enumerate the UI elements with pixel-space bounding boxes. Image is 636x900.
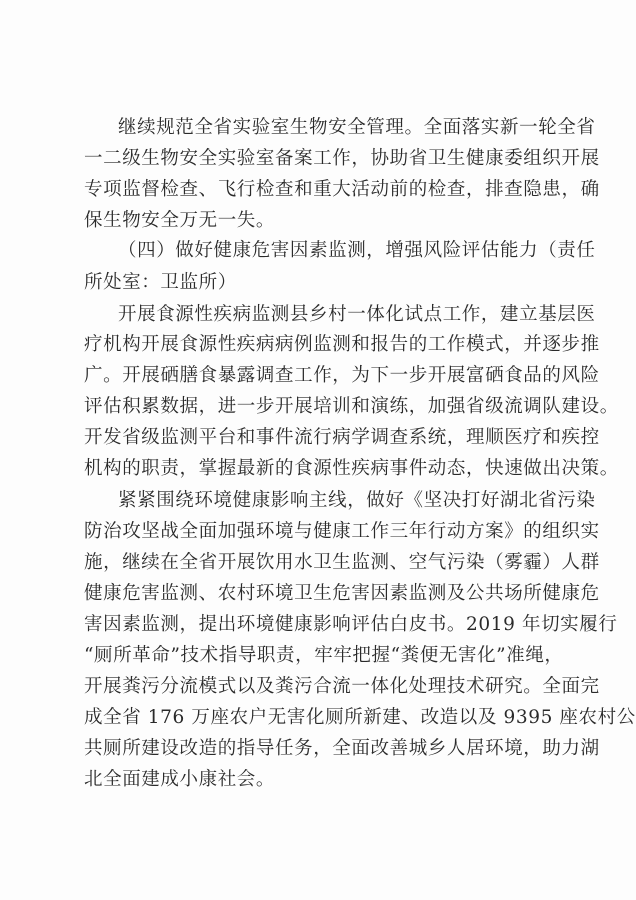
paragraph-line: “厕所革命”技术指导职责，牢牢把握“粪便无害化”准绳， — [84, 645, 550, 667]
document-page: 继续规范全省实验室生物安全管理。全面落实新一轮全省 一二级生物安全实验室备案工作… — [0, 0, 636, 900]
section-heading-line: 所处室：卫监所） — [84, 272, 550, 294]
paragraph-line: 成全省 176 万座农户无害化厕所新建、改造以及 9395 座农村公 — [84, 707, 550, 729]
paragraph-line: 机构的职责，掌握最新的食源性疾病事件动态，快速做出决策。 — [84, 458, 550, 480]
paragraph-line: 广。开展硒膳食暴露调查工作，为下一步开展富硒食品的风险 — [84, 365, 550, 387]
paragraph-line: 保生物安全万无一失。 — [84, 210, 550, 232]
paragraph-line: 北全面建成小康社会。 — [84, 769, 550, 791]
paragraph-line: 一二级生物安全实验室备案工作，协助省卫生健康委组织开展 — [84, 148, 550, 170]
paragraph-line: 继续规范全省实验室生物安全管理。全面落实新一轮全省 — [118, 117, 584, 139]
paragraph-line: 专项监督检查、飞行检查和重大活动前的检查，排查隐患，确 — [84, 179, 550, 201]
paragraph-line: 害因素监测，提出环境健康影响评估白皮书。2019 年切实履行 — [84, 614, 550, 636]
paragraph-line: 健康危害监测、农村环境卫生危害因素监测及公共场所健康危 — [84, 583, 550, 605]
paragraph-line: 开发省级监测平台和事件流行病学调查系统，理顺医疗和疾控 — [84, 427, 550, 449]
paragraph-line: 共厕所建设改造的指导任务，全面改善城乡人居环境，助力湖 — [84, 738, 550, 760]
paragraph-line: 开展粪污分流模式以及粪污合流一体化处理技术研究。全面完 — [84, 676, 550, 698]
paragraph-line: 施，继续在全省开展饮用水卫生监测、空气污染（雾霾）人群 — [84, 552, 550, 574]
paragraph-line: 开展食源性疾病监测县乡村一体化试点工作，建立基层医 — [118, 304, 584, 326]
paragraph-line: 疗机构开展食源性疾病病例监测和报告的工作模式，并逐步推 — [84, 334, 550, 356]
paragraph-line: 评估积累数据，进一步开展培训和演练，加强省级流调队建设。 — [84, 396, 550, 418]
paragraph-line: 紧紧围绕环境健康影响主线，做好《坚决打好湖北省污染 — [118, 490, 584, 512]
section-heading-line: （四）做好健康危害因素监测，增强风险评估能力（责任 — [118, 240, 584, 262]
paragraph-line: 防治攻坚战全面加强环境与健康工作三年行动方案》的组织实 — [84, 521, 550, 543]
